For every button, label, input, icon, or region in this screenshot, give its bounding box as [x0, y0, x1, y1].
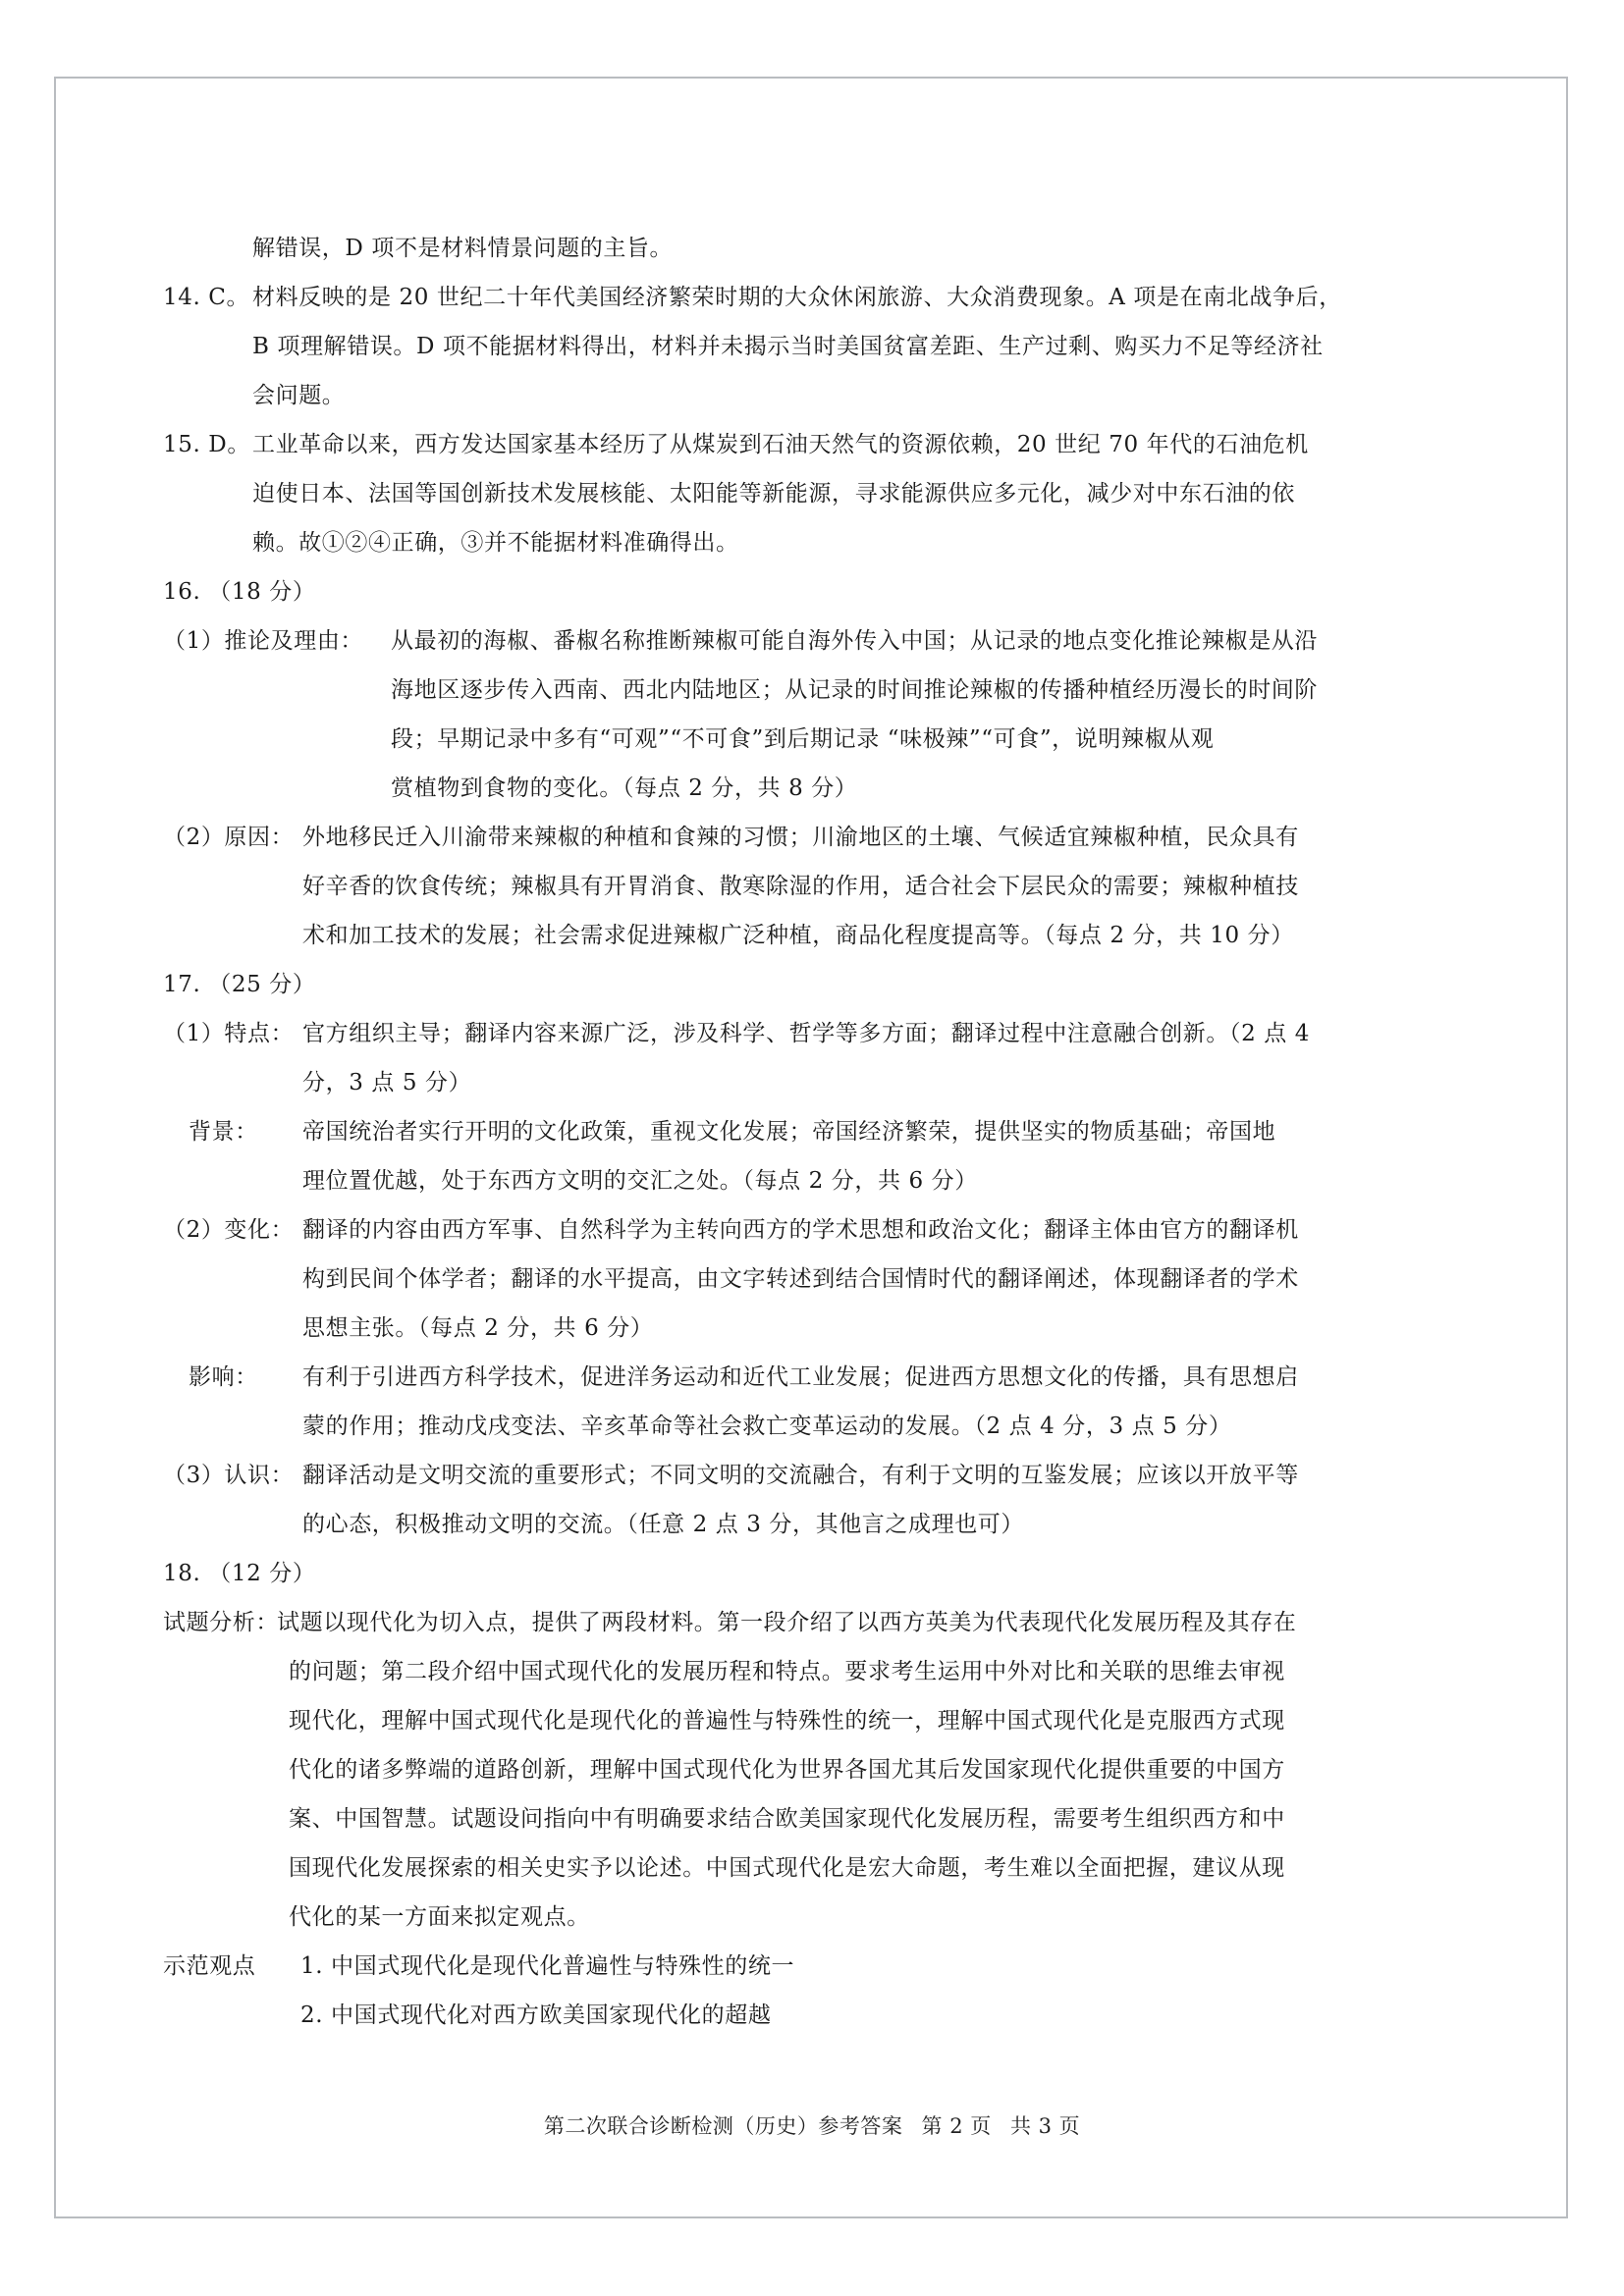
text-line: 翻译的内容由西方军事、自然科学为主转向西方的学术思想和政治文化；翻译主体由官方的… — [302, 1205, 1479, 1255]
q17-header: 17. （25 分） — [163, 960, 1479, 1009]
q18-analysis-label: 试题分析： — [163, 1598, 289, 1942]
q17-part1: （1）特点： 官方组织主导；翻译内容来源广泛，涉及科学、哲学等多方面；翻译过程中… — [163, 1009, 1479, 1107]
q17-impact-label: 影响： — [189, 1353, 302, 1451]
demo-viewpoint-item: 1. 中国式现代化是现代化普遍性与特殊性的统一 — [300, 1942, 794, 1991]
q17-part2-label: （2）变化： — [163, 1205, 302, 1353]
text-line: 工业革命以来，西方发达国家基本经历了从煤炭到石油天然气的资源依赖，20 世纪 7… — [252, 420, 1479, 469]
text-line: 好辛香的饮食传统；辣椒具有开胃消食、散寒除湿的作用，适合社会下层民众的需要；辣椒… — [302, 862, 1479, 911]
text-line: 案、中国智慧。试题设问指向中有明确要求结合欧美国家现代化发展历程，需要考生组织西… — [289, 1794, 1479, 1843]
text-line: 赏植物到食物的变化。（每点 2 分，共 8 分） — [391, 764, 1479, 813]
q15-number: 15. D。 — [163, 420, 252, 567]
q16-part2: （2）原因： 外地移民迁入川渝带来辣椒的种植和食辣的习惯；川渝地区的土壤、气候适… — [163, 813, 1479, 960]
text-line: 术和加工技术的发展；社会需求促进辣椒广泛种植，商品化程度提高等。（每点 2 分，… — [302, 911, 1479, 960]
q18-analysis: 试题分析： 试题以现代化为切入点，提供了两段材料。第一段介绍了以西方英美为代表现… — [163, 1598, 1479, 1942]
q17-background: 背景： 帝国统治者实行开明的文化政策，重视文化发展；帝国经济繁荣，提供坚实的物质… — [163, 1107, 1479, 1205]
q13-tail: 解错误，D 项不是材料情景问题的主旨。 — [163, 224, 1479, 273]
q15-answer: 15. D。 工业革命以来，西方发达国家基本经历了从煤炭到石油天然气的资源依赖，… — [163, 420, 1479, 567]
q17-impact: 影响： 有利于引进西方科学技术，促进洋务运动和近代工业发展；促进西方思想文化的传… — [163, 1353, 1479, 1451]
demo-viewpoint-item: 2. 中国式现代化对西方欧美国家现代化的超越 — [300, 1991, 794, 2040]
text-line: 蒙的作用；推动戊戌变法、辛亥革命等社会救亡变革运动的发展。（2 点 4 分，3 … — [302, 1402, 1479, 1451]
text-line: 从最初的海椒、番椒名称推断辣椒可能自海外传入中国；从记录的地点变化推论辣椒是从沿 — [391, 616, 1479, 666]
footer-title: 第二次联合诊断检测（历史）参考答案 — [544, 2114, 903, 2138]
q17-part3-label: （3）认识： — [163, 1451, 302, 1549]
text-line: 代化的诸多弊端的道路创新，理解中国式现代化为世界各国尤其后发国家现代化提供重要的… — [289, 1745, 1479, 1794]
q17-background-label: 背景： — [189, 1107, 302, 1205]
text-line: 理位置优越，处于东西方文明的交汇之处。（每点 2 分，共 6 分） — [302, 1156, 1479, 1205]
text-line: 会问题。 — [252, 371, 1479, 420]
text-line: 有利于引进西方科学技术，促进洋务运动和近代工业发展；促进西方思想文化的传播，具有… — [302, 1353, 1479, 1402]
text-line: 思想主张。（每点 2 分，共 6 分） — [302, 1304, 1479, 1353]
text-line: 解错误，D 项不是材料情景问题的主旨。 — [252, 224, 1479, 273]
q16-part1-label: （1）推论及理由： — [163, 616, 391, 813]
answer-key-content: 解错误，D 项不是材料情景问题的主旨。 14. C。 材料反映的是 20 世纪二… — [163, 224, 1479, 2040]
text-line: 构到民间个体学者；翻译的水平提高，由文字转述到结合国情时代的翻译阐述，体现翻译者… — [302, 1255, 1479, 1304]
q14-answer: 14. C。 材料反映的是 20 世纪二十年代美国经济繁荣时期的大众休闲旅游、大… — [163, 273, 1479, 420]
q16-header: 16. （18 分） — [163, 567, 1479, 616]
q14-number: 14. C。 — [163, 273, 252, 420]
text-line: 段；早期记录中多有“可观”“不可食”到后期记录 “味极辣”“可食”，说明辣椒从观 — [391, 715, 1479, 764]
text-line: 分，3 点 5 分） — [302, 1058, 1479, 1107]
q17-part3: （3）认识： 翻译活动是文明交流的重要形式；不同文明的交流融合，有利于文明的互鉴… — [163, 1451, 1479, 1549]
q18-demo-viewpoints: 示范观点 1. 中国式现代化是现代化普遍性与特殊性的统一 2. 中国式现代化对西… — [163, 1942, 1479, 2040]
demo-viewpoints-list: 1. 中国式现代化是现代化普遍性与特殊性的统一 2. 中国式现代化对西方欧美国家… — [300, 1942, 794, 2040]
text-line: 海地区逐步传入西南、西北内陆地区；从记录的时间推论辣椒的传播种植经历漫长的时间阶 — [391, 666, 1479, 715]
footer-page-number: 第 2 页 — [922, 2114, 992, 2138]
text-line: 翻译活动是文明交流的重要形式；不同文明的交流融合，有利于文明的互鉴发展；应该以开… — [302, 1451, 1479, 1500]
text-line: 迫使日本、法国等国创新技术发展核能、太阳能等新能源，寻求能源供应多元化，减少对中… — [252, 469, 1479, 518]
q17-part1-label: （1）特点： — [163, 1009, 302, 1107]
q17-part2: （2）变化： 翻译的内容由西方军事、自然科学为主转向西方的学术思想和政治文化；翻… — [163, 1205, 1479, 1353]
demo-viewpoints-label: 示范观点 — [163, 1942, 300, 2040]
page-footer: 第二次联合诊断检测（历史）参考答案 第 2 页 共 3 页 — [0, 2110, 1624, 2140]
text-line: 材料反映的是 20 世纪二十年代美国经济繁荣时期的大众休闲旅游、大众消费现象。A… — [252, 273, 1479, 322]
q16-part2-label: （2）原因： — [163, 813, 302, 960]
text-line: 国现代化发展探索的相关史实予以论述。中国式现代化是宏大命题，考生难以全面把握，建… — [289, 1843, 1479, 1893]
q18-header: 18. （12 分） — [163, 1549, 1479, 1598]
text-line: 外地移民迁入川渝带来辣椒的种植和食辣的习惯；川渝地区的土壤、气候适宜辣椒种植，民… — [302, 813, 1479, 862]
text-line: 赖。故①②④正确，③并不能据材料准确得出。 — [252, 518, 1479, 567]
text-line: 帝国统治者实行开明的文化政策，重视文化发展；帝国经济繁荣，提供坚实的物质基础；帝… — [302, 1107, 1479, 1156]
footer-total-pages: 共 3 页 — [1010, 2114, 1080, 2138]
text-line: 的问题；第二段介绍中国式现代化的发展历程和特点。要求考生运用中外对比和关联的思维… — [289, 1647, 1479, 1696]
text-line: 现代化，理解中国式现代化是现代化的普遍性与特殊性的统一，理解中国式现代化是克服西… — [289, 1696, 1479, 1745]
text-line: 官方组织主导；翻译内容来源广泛，涉及科学、哲学等多方面；翻译过程中注意融合创新。… — [302, 1009, 1479, 1058]
text-line: B 项理解错误。D 项不能据材料得出，材料并未揭示当时美国贫富差距、生产过剩、购… — [252, 322, 1479, 371]
text-line: 试题以现代化为切入点，提供了两段材料。第一段介绍了以西方英美为代表现代化发展历程… — [277, 1598, 1479, 1647]
text-line: 代化的某一方面来拟定观点。 — [289, 1893, 1479, 1942]
text-line: 的心态，积极推动文明的交流。（任意 2 点 3 分，其他言之成理也可） — [302, 1500, 1479, 1549]
q16-part1: （1）推论及理由： 从最初的海椒、番椒名称推断辣椒可能自海外传入中国；从记录的地… — [163, 616, 1479, 813]
